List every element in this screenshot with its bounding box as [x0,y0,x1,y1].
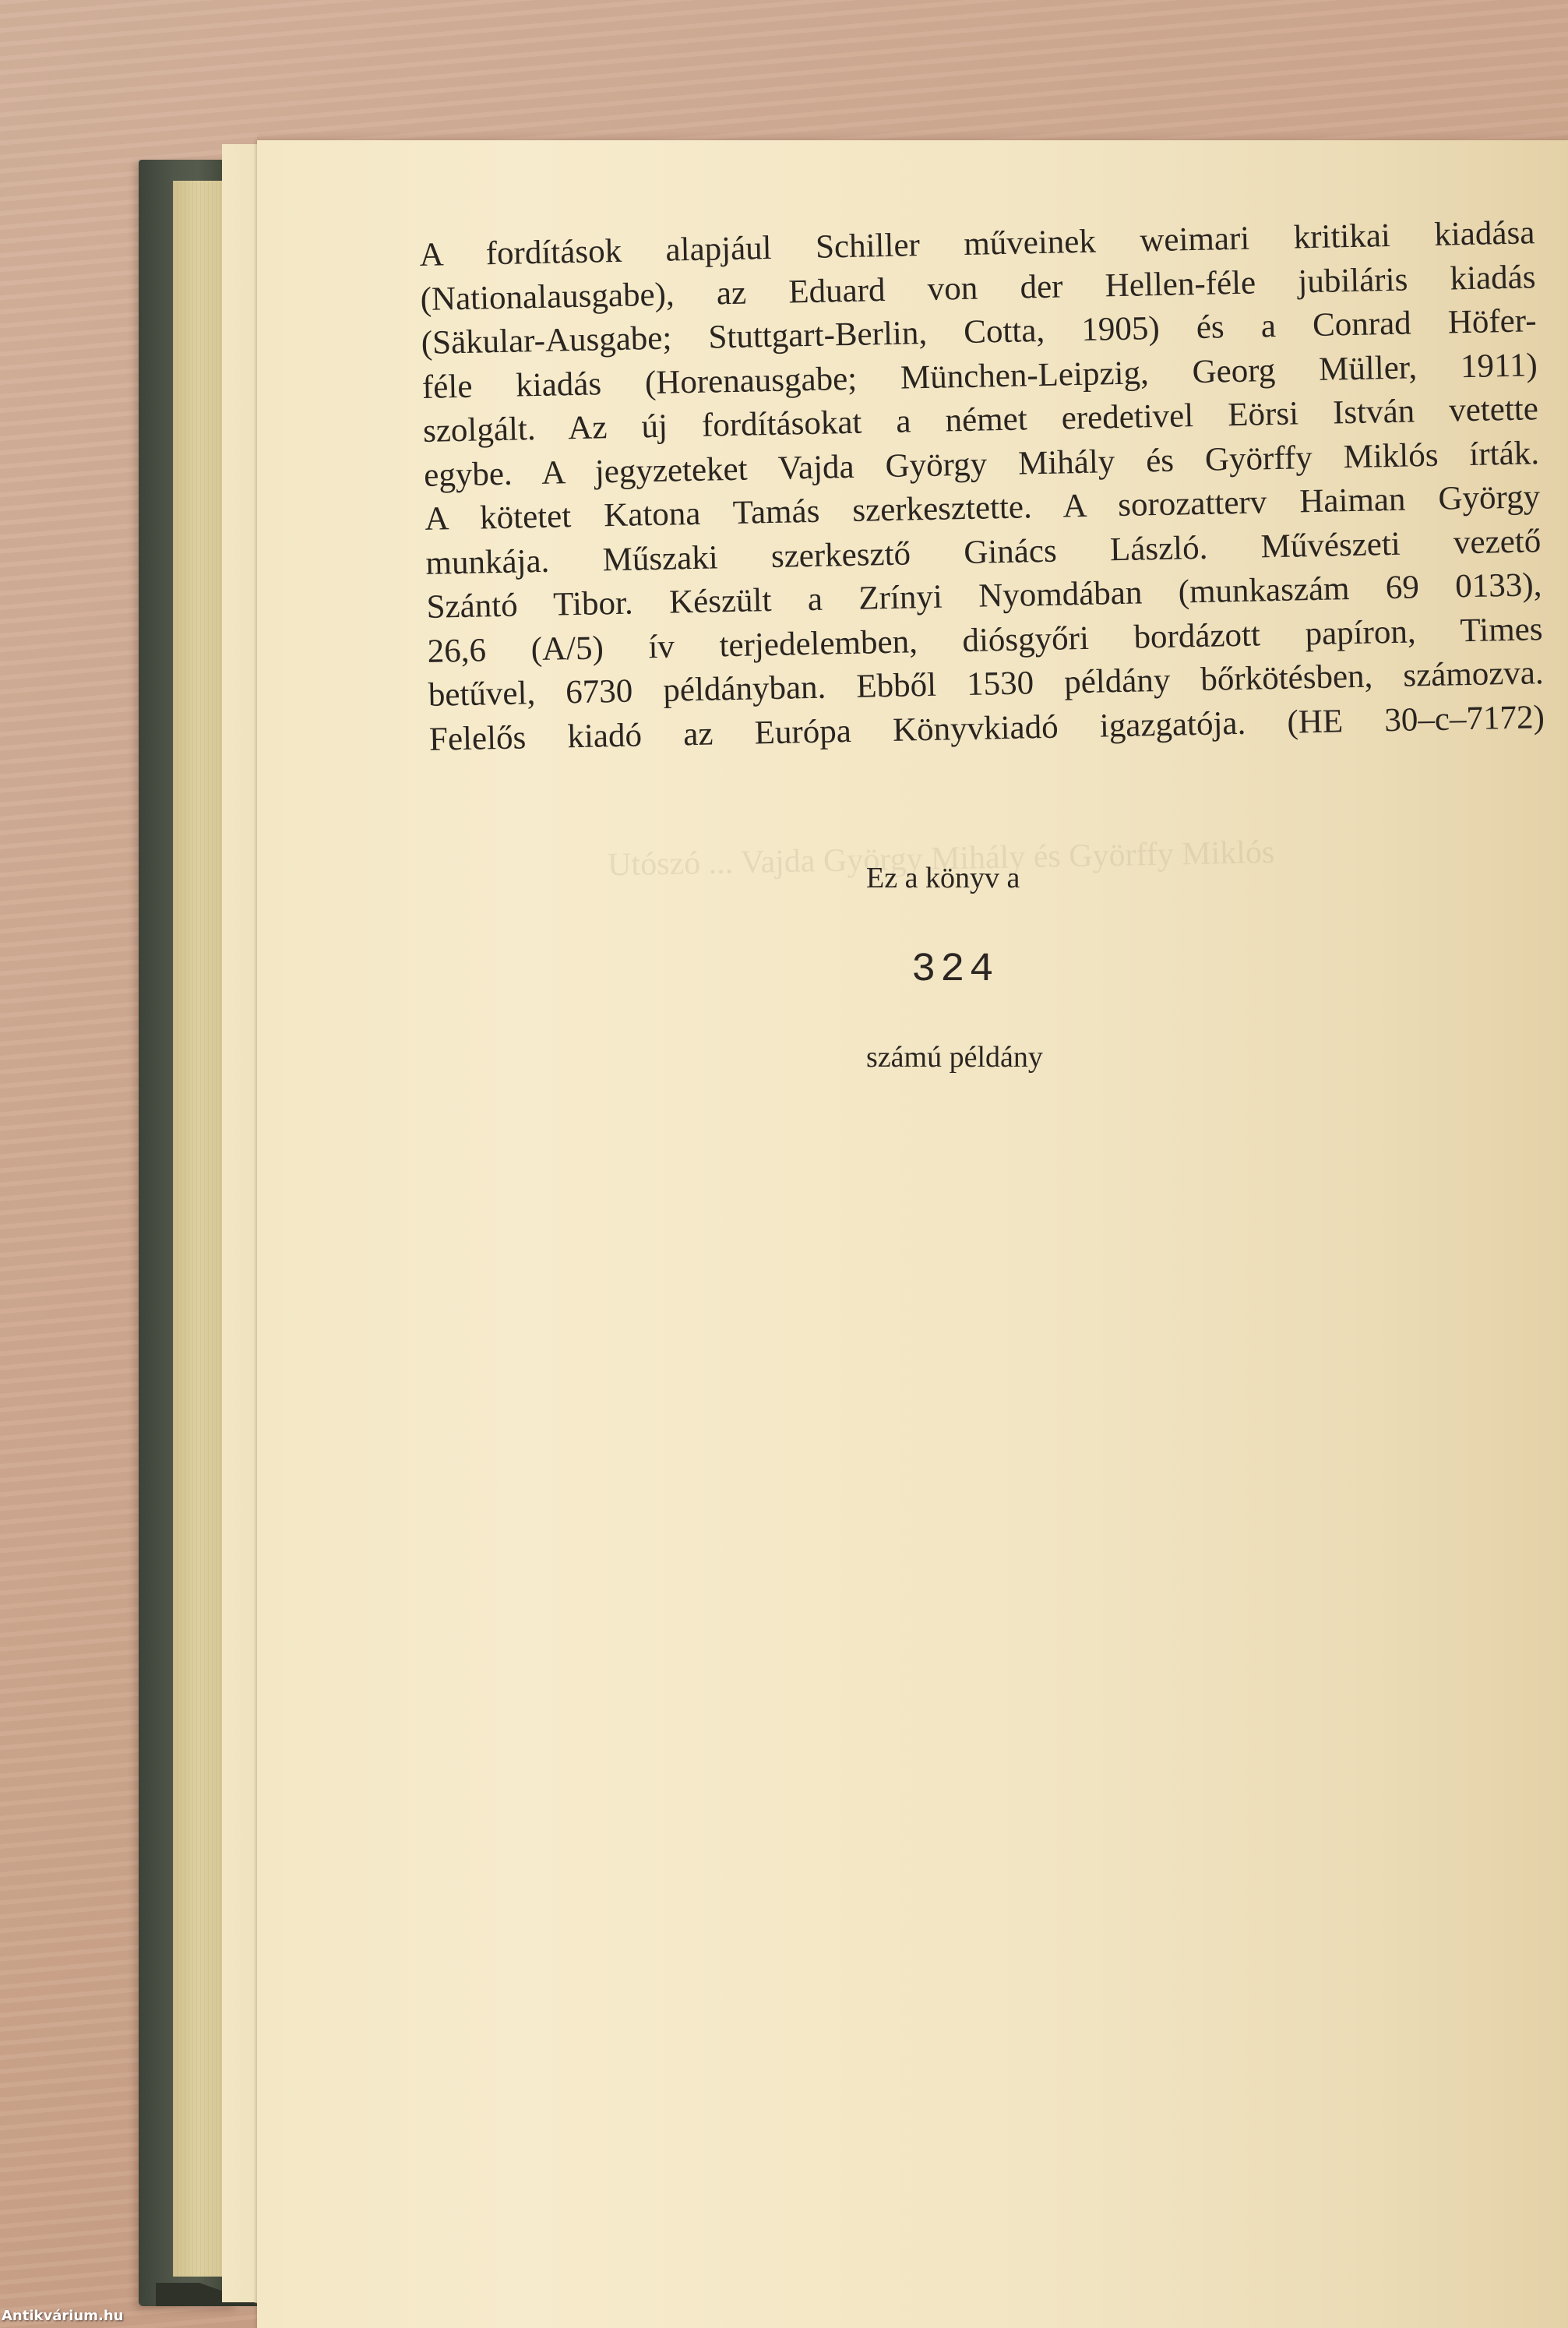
left-page-strip [222,144,262,2302]
numbered-copy-label-bottom: számú példány [866,1040,1043,1074]
numbered-copy-label-top: Ez a könyv a [866,861,1020,895]
watermark-logo: Antikvárium.hu [2,2308,123,2324]
colophon-paragraph: A fordítások alapjául Schiller műveinek … [419,211,1545,762]
copy-number-stamp: 324 [911,947,999,993]
